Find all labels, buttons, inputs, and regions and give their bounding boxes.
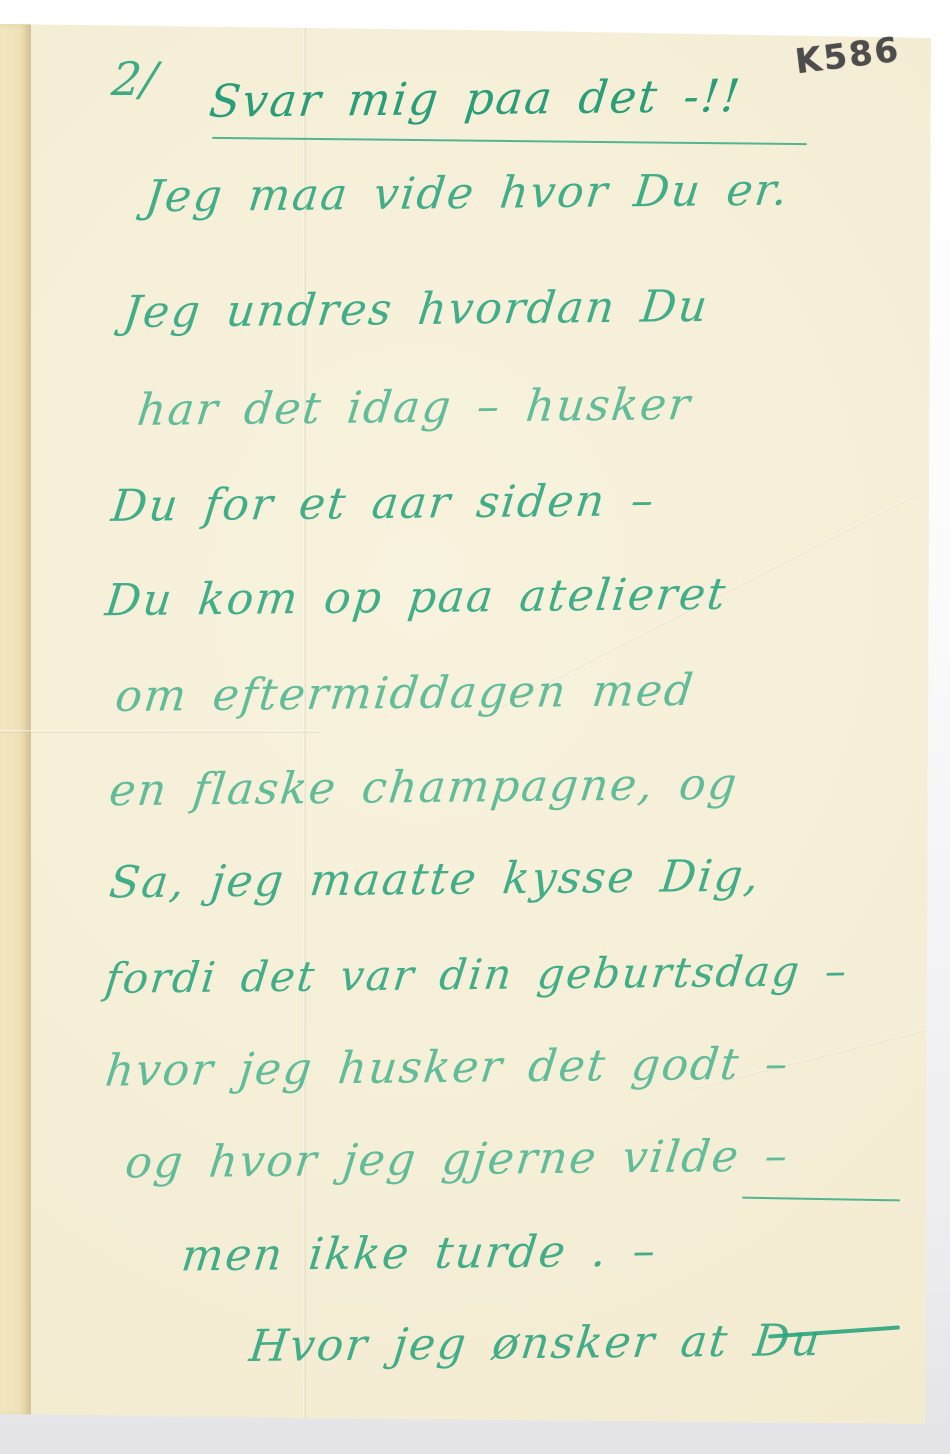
letter-line: og hvor jeg gjerne vilde – xyxy=(123,1131,792,1189)
horizontal-crease xyxy=(0,730,320,733)
letter-line: Jeg maa vide hvor Du er. xyxy=(143,165,792,223)
letter-line: Hvor jeg ønsker at Du xyxy=(247,1315,825,1372)
letter-line: men ikke turde . – xyxy=(179,1226,660,1282)
letter-line: en flaske champagne, og xyxy=(107,759,741,817)
letter-line: om eftermiddagen med xyxy=(113,665,698,722)
letter-line: hvor jeg husker det godt – xyxy=(103,1038,792,1096)
letter-line: fordi det var din geburtsdag – xyxy=(103,946,851,1003)
page-fold-edge xyxy=(0,24,31,1416)
letter-line: har det idag – husker xyxy=(135,379,694,436)
letter-line: Du for et aar siden – xyxy=(109,475,658,532)
letter-line: Jeg undres hvordan Du xyxy=(121,281,712,338)
letter-line: Svar mig paa det -!! xyxy=(207,69,745,128)
letter-line: Sa, jeg maatte kysse Dig, xyxy=(107,851,763,909)
page-number: 2/ xyxy=(109,52,159,106)
letter-paper xyxy=(0,18,931,1430)
vertical-crease xyxy=(303,18,306,1430)
scanned-letter-page: K586 2/ Svar mig paa det -!! Jeg maa vid… xyxy=(0,0,950,1454)
letter-line: Du kom op paa atelieret xyxy=(103,569,730,626)
